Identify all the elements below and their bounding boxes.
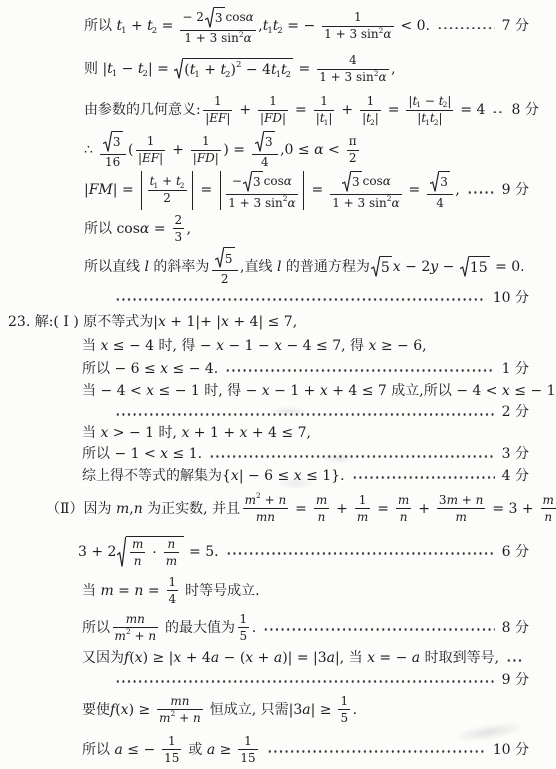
fraction-denominator: 4 [259, 156, 271, 169]
math-text: ,直线 [240, 259, 277, 275]
math-text: 又因为 [82, 650, 124, 666]
math-text: 3 [113, 136, 121, 149]
score-label: 10 分 [493, 290, 529, 306]
math-variable: n [134, 501, 143, 517]
math-text: 3 [352, 176, 360, 189]
math-text: 所以直线 [84, 259, 144, 275]
fraction-denominator: 4 [167, 593, 179, 606]
math-text: 3 [215, 12, 223, 25]
math-text: + 1 + [189, 425, 239, 441]
fraction: mn [396, 494, 411, 524]
fraction-denominator: mn [254, 511, 277, 524]
fraction-denominator: |FD| [258, 112, 288, 125]
solution-line: 要使f(x) ≥ mnm2 + n 恒成立, 只需|3a| ≥ 15. [0, 690, 556, 730]
fraction-denominator: 15 [162, 752, 181, 765]
fraction-numerator: −3cosα [230, 171, 294, 193]
math-text: 综上得不等式的解集为{ [82, 468, 231, 484]
math-text: 时取到等号, [420, 650, 499, 666]
math-text: | ≥ [311, 702, 336, 718]
math-variable: α [379, 71, 387, 84]
math-text: − 1 − [224, 338, 274, 354]
solution-line: 则 |t1 − t2| = (t1 + t2)2 − 4t1t2 = 41 + … [0, 48, 556, 90]
absolute-value: −3cosα1 + 3 sin2α [220, 171, 304, 210]
fraction-denominator: m2 + n [113, 630, 159, 643]
math-text: = [149, 221, 170, 237]
score-label: 2 分 [502, 404, 529, 420]
radicand: 3 [439, 171, 450, 193]
fraction: 115 [238, 735, 257, 765]
math-text: · [148, 545, 161, 561]
solution-line: 综上得不等式的解集为{x| − 6 ≤ x ≤ 1}.4 分 [0, 465, 556, 487]
math-text: − [438, 259, 459, 275]
fraction: t1 + t22 [148, 175, 187, 205]
math-text: 所以 − 1 < [82, 446, 160, 462]
math-text: = [291, 501, 312, 517]
math-text: 15 [164, 752, 179, 765]
dotted-leader [467, 191, 495, 194]
radicand: 3 [214, 7, 225, 29]
fraction-numerator: 4 [347, 54, 359, 67]
fraction-numerator: 1 [352, 11, 364, 24]
fraction-numerator: 1 [166, 735, 178, 748]
math-text: 所以 [84, 18, 116, 34]
fraction: 1|t1| [314, 95, 335, 125]
score-label: 9 分 [502, 182, 529, 198]
math-text: 2 [349, 152, 357, 165]
math-text: 1 [169, 576, 177, 589]
math-text: − 4 ≤ 7, 得 [282, 338, 368, 354]
fraction: 11 + 3 sin2α [322, 11, 393, 41]
radical-sign-icon [342, 171, 351, 193]
fraction-numerator: m [541, 494, 556, 507]
solution-line: |FM| = t1 + t22 = −3cosα1 + 3 sin2α = 3c… [0, 170, 556, 211]
math-text: 的普通方程为 [281, 259, 369, 275]
math-text: − 4 [241, 62, 271, 78]
math-text: 所以 [82, 742, 114, 758]
math-variable: n [318, 511, 326, 524]
math-text: + [253, 650, 274, 666]
math-text: 2 [221, 273, 229, 286]
math-text: 5 [381, 260, 390, 276]
math-text: 当 − 4 < [82, 383, 146, 399]
math-text: − [117, 61, 138, 77]
math-variable: m [447, 494, 458, 507]
math-variable: n [278, 494, 286, 507]
math-text: | = [148, 61, 173, 77]
math-text: ) = [223, 142, 249, 158]
math-variable: m [455, 511, 466, 524]
math-variable: α [383, 175, 391, 188]
dotted-leader [225, 369, 494, 372]
solution-line: 所以 − 1 < x ≤ 1.3 分 [0, 444, 556, 465]
square-root: 3 [342, 171, 362, 193]
math-text: ≥ − 6, [376, 338, 426, 354]
fraction-denominator: 5 [238, 630, 250, 643]
math-text: | [328, 112, 332, 125]
math-text: + [414, 501, 435, 517]
math-text: 2 [163, 192, 171, 205]
fraction-numerator: m [396, 494, 411, 507]
fraction-numerator: 3 [100, 131, 126, 153]
math-text: 1 + 3 sin [332, 197, 387, 210]
math-variable: m [159, 712, 170, 725]
fraction-numerator: 3 [427, 171, 453, 193]
radicand: 3 [264, 131, 275, 153]
radical-sign-icon [460, 256, 469, 278]
fraction-numerator: m2 + n [243, 494, 289, 507]
math-variable: x [320, 383, 328, 399]
math-text: cos [226, 11, 246, 24]
math-text: ( [128, 142, 133, 158]
math-text: = 0. [491, 259, 525, 275]
fraction-denominator: 2 [161, 192, 173, 205]
fraction-numerator: 1 [200, 135, 212, 148]
solution-line: 10 分 [0, 287, 556, 309]
math-text: + 4 ≤ 7, [247, 425, 311, 441]
math-text: | [447, 95, 451, 108]
fraction-numerator: − 23cosα [180, 7, 255, 29]
fraction: 115 [162, 735, 181, 765]
math-variable: m [357, 511, 368, 524]
math-variable: x [274, 338, 282, 354]
math-variable: a [274, 650, 282, 666]
math-text: = [157, 18, 178, 34]
solution-line: ∴ 316(1|EF| + 1|FD|) = 34,0 ≤ α < π2 [0, 130, 556, 170]
fraction: 3m + nm [437, 494, 485, 524]
dotted-leader [263, 628, 495, 631]
radicand: 3 [351, 171, 362, 193]
dotted-leader [226, 552, 495, 555]
fraction-denominator: 2 [347, 152, 359, 165]
math-text: 23. 解:( Ⅰ ) 原不等式为| [8, 314, 158, 330]
dotted-leader [115, 298, 486, 301]
math-text: 1 [147, 135, 155, 148]
math-variable: α [284, 175, 292, 188]
math-variable: a [327, 650, 335, 666]
square-root: 5 [371, 256, 392, 278]
solution-line: 所以 cosα = 23, [0, 211, 556, 247]
math-variable: x [502, 383, 510, 399]
fraction-numerator: mn [124, 613, 147, 626]
fraction-numerator: 1 [365, 95, 377, 108]
math-variable: α [383, 28, 391, 41]
radical-sign-icon [103, 131, 112, 153]
fraction-numerator: m [130, 538, 145, 551]
math-text: − 2 [182, 11, 204, 24]
math-text: | [282, 112, 286, 125]
score-label: 8 分 [502, 620, 529, 636]
math-variable: FM [89, 182, 113, 198]
fraction: 1|FD| [191, 135, 221, 165]
math-variable: n [134, 583, 143, 599]
math-text: − 2 [401, 259, 431, 275]
math-text: = [196, 182, 217, 198]
radical-sign-icon [215, 247, 224, 269]
math-variable: n [193, 712, 201, 725]
math-variable: x [135, 650, 143, 666]
math-text: = [307, 182, 328, 198]
math-text: | [159, 152, 163, 165]
math-variable: mn [256, 511, 275, 524]
fraction-denominator: 2 [219, 273, 231, 286]
math-text: 为正实数, 并且 [143, 501, 240, 517]
math-variable: x [160, 446, 168, 462]
math-variable: EF [209, 112, 226, 125]
fraction-denominator: 1 + 3 sin2α [317, 71, 388, 84]
math-text: ∴ [84, 142, 97, 158]
math-variable: a [412, 650, 420, 666]
math-text: | = [113, 182, 138, 198]
math-text: 或 [184, 742, 207, 758]
fraction: 41 + 3 sin2α [317, 54, 388, 84]
math-text: = [404, 182, 425, 198]
fraction-numerator: 1 [267, 95, 279, 108]
math-text: 3 [253, 176, 261, 189]
math-text: 的最大值为 [161, 620, 235, 636]
fraction-denominator: 4 [434, 197, 446, 210]
math-variable: x [245, 650, 253, 666]
absolute-value: t1 + t22 [141, 171, 193, 210]
math-variable: mn [126, 613, 145, 626]
math-text: = [373, 501, 394, 517]
fraction-denominator: |t1| [314, 112, 335, 125]
fraction-numerator: 3m + n [437, 494, 485, 507]
math-text: − [232, 175, 242, 188]
dotted-leader [437, 27, 495, 30]
math-text: 4 [349, 54, 357, 67]
math-variable: x [294, 468, 302, 484]
fraction-numerator: 1 [145, 135, 157, 148]
math-text: , [187, 221, 191, 237]
radicand: (t1 + t2)2 − 4t1t2 [183, 58, 293, 80]
math-text: | [215, 152, 219, 165]
dotted-leader [209, 455, 495, 458]
math-text: 1 [168, 735, 176, 748]
score-label: 10 分 [493, 742, 529, 758]
math-variable: α [287, 197, 295, 210]
square-root: (t1 + t2)2 − 4t1t2 [174, 58, 293, 80]
math-text: = 3 + [488, 501, 538, 517]
fraction: mnm2 + n [113, 613, 159, 643]
radicand: 3 [112, 131, 123, 153]
fraction: 15 [338, 695, 350, 725]
fraction: m2 + nmn [243, 494, 289, 524]
fraction-numerator: 1 [357, 494, 369, 507]
math-variable: x [393, 259, 401, 275]
math-variable: x [100, 425, 108, 441]
fraction: 1|EF| [203, 95, 232, 125]
math-variable: α [392, 197, 400, 210]
radical-sign-icon [430, 171, 439, 193]
math-text: + [261, 494, 279, 507]
math-variable: y [430, 259, 438, 275]
math-text: = [383, 102, 404, 118]
fraction-numerator: 1 [242, 735, 254, 748]
math-text: ≤ 1}. [302, 468, 345, 484]
fraction-denominator: |t2| [360, 112, 381, 125]
math-variable: FD [264, 112, 282, 125]
math-text: − 1 + [270, 383, 320, 399]
fraction: 316 [100, 131, 126, 170]
solution-line: 2 分 [0, 402, 556, 423]
math-variable: FD [197, 152, 215, 165]
fraction: 1|FD| [258, 95, 288, 125]
math-text: + [127, 18, 148, 34]
fraction-denominator: 1 + 3 sin2α [226, 197, 297, 210]
fraction-numerator: π [347, 135, 359, 148]
math-variable: x [173, 650, 181, 666]
math-text: π [349, 135, 357, 148]
fraction: mnm2 + n [157, 695, 203, 725]
radical-sign-icon [117, 536, 126, 568]
fraction-numerator: 2 [173, 214, 185, 227]
math-variable: EF [142, 152, 159, 165]
math-text: 4 [436, 197, 444, 210]
math-text: （Ⅱ）因为 [46, 501, 116, 517]
math-text: + [458, 494, 476, 507]
math-text: 1 [269, 95, 277, 108]
square-root: 3 [243, 171, 263, 193]
math-text: )| = |3 [282, 650, 326, 666]
math-text: 1 [202, 135, 210, 148]
solution-line: 所以直线 l 的斜率为52,直线 l 的普通方程为5x − 2y − 15 = … [0, 247, 556, 287]
math-text: 5 [340, 712, 348, 725]
math-variable: a [211, 650, 219, 666]
square-root: 3 [430, 171, 450, 193]
math-variable: mn [170, 695, 189, 708]
math-text: + [332, 501, 353, 517]
math-text: 2 [175, 214, 183, 227]
math-text: 当 [82, 425, 100, 441]
math-text: 当 [82, 583, 100, 599]
math-variable: α [140, 221, 149, 237]
math-text: ≤ − 1 [510, 383, 556, 399]
radicand: 15 [469, 256, 490, 278]
math-text: , [455, 182, 459, 198]
math-text: = 4 [456, 102, 486, 118]
math-variable: x [367, 650, 375, 666]
solution-line: 当 x ≤ − 4 时, 得 − x − 1 − x − 4 ≤ 7, 得 x … [0, 335, 556, 358]
fraction-numerator: 3 [252, 131, 278, 153]
score-label: 4 分 [502, 468, 529, 484]
math-text: 1 + 3 sin [324, 28, 379, 41]
fraction-denominator: 1 + 3 sin2α [182, 32, 253, 45]
math-text: 所以 cos [84, 221, 140, 237]
fraction-denominator: n [316, 511, 328, 524]
math-variable: x [240, 425, 248, 441]
fraction: −3cosα1 + 3 sin2α [226, 171, 297, 210]
math-variable: x [181, 425, 189, 441]
fraction-numerator: 1 [318, 95, 330, 108]
square-root: 3 [205, 7, 225, 29]
fraction-numerator: t1 + t2 [148, 175, 187, 188]
fraction: nm [164, 538, 179, 568]
math-text: 1 [214, 95, 222, 108]
math-variable: m [116, 501, 129, 517]
dotted-leader [115, 413, 495, 416]
math-text: 时等号成立. [181, 583, 260, 599]
fraction-denominator: m [164, 555, 179, 568]
fraction: 34 [252, 131, 278, 170]
math-text: = [294, 61, 315, 77]
math-text: 1 [359, 494, 367, 507]
math-text: + [175, 712, 193, 725]
score-label: 8 分 [511, 102, 538, 118]
solution-line: 所以 a ≤ − 115 或 a ≥ 11510 分 [0, 730, 556, 769]
solution-line: 当 m = n = 14 时等号成立. [0, 573, 556, 609]
math-text: 4 [169, 593, 177, 606]
math-variable: m [115, 630, 126, 643]
math-text: = − [375, 650, 412, 666]
fraction: |t1 − t2||t1t2| [406, 95, 453, 125]
solution-line: 3 + 2mn · nm = 5.6 分 [0, 531, 556, 573]
math-text: 所以 − 6 ≤ [82, 361, 160, 377]
fraction-denominator: 1 + 3 sin2α [330, 197, 401, 210]
math-variable: x [121, 702, 129, 718]
math-text: 1 [340, 695, 348, 708]
math-text: − [421, 95, 439, 108]
math-variable: m [166, 555, 177, 568]
fraction: 1|t2| [360, 95, 381, 125]
math-text: 1 + 3 sin [184, 32, 239, 45]
fraction-denominator: 1 + 3 sin2α [322, 28, 393, 41]
dotted-leader [352, 476, 495, 479]
math-text: 15 [470, 260, 488, 276]
math-text: + 1|+ | [166, 314, 221, 330]
fraction: π2 [347, 135, 359, 165]
solution-line: 所以 t1 + t2 = − 23cosα1 + 3 sin2α,t1t2 = … [0, 4, 556, 48]
math-text: . [252, 620, 256, 636]
math-variable: x [262, 383, 270, 399]
radicand: 3 [252, 171, 263, 193]
math-text: + 4 ≤ 7 成立,所以 − 4 < [328, 383, 502, 399]
fraction-denominator: |t1t2| [415, 112, 444, 125]
math-text: + 4 [181, 650, 211, 666]
radical-sign-icon [371, 256, 380, 278]
math-variable: α [246, 11, 254, 24]
math-text: 1 [354, 11, 362, 24]
math-text: 则 | [84, 61, 107, 77]
math-variable: n [168, 538, 176, 551]
math-text: + [200, 62, 221, 78]
solution-line: 23. 解:( Ⅰ ) 原不等式为|x + 1|+ |x + 4| ≤ 7, [0, 309, 556, 335]
math-text: + [131, 630, 149, 643]
math-text: = [143, 583, 164, 599]
math-variable: x [160, 361, 168, 377]
math-text: ,0 ≤ [280, 142, 314, 158]
fraction-denominator: m [355, 511, 370, 524]
math-text: 的斜率为 [149, 259, 209, 275]
math-variable: α [314, 142, 323, 158]
fraction-numerator: n [166, 538, 178, 551]
math-text: 1 + 3 sin [228, 197, 283, 210]
fraction-numerator: |t1 − t2| [406, 95, 453, 108]
fraction: 1m [355, 494, 370, 524]
solution-block-22: 所以 t1 + t2 = − 23cosα1 + 3 sin2α,t1t2 = … [0, 4, 556, 309]
math-text: | − 6 ≤ [239, 468, 294, 484]
fraction-numerator: 1 [167, 576, 179, 589]
fraction-denominator: |EF| [203, 112, 232, 125]
math-variable: m [132, 538, 143, 551]
dotted-leader [115, 680, 495, 683]
math-text: 当 [82, 338, 100, 354]
math-text: 1 [320, 95, 328, 108]
math-text: 所以 [82, 620, 110, 636]
math-variable: x [231, 468, 239, 484]
math-text: cos [264, 175, 284, 188]
fraction-numerator: 5 [212, 247, 238, 269]
fraction-numerator: 1 [212, 95, 224, 108]
